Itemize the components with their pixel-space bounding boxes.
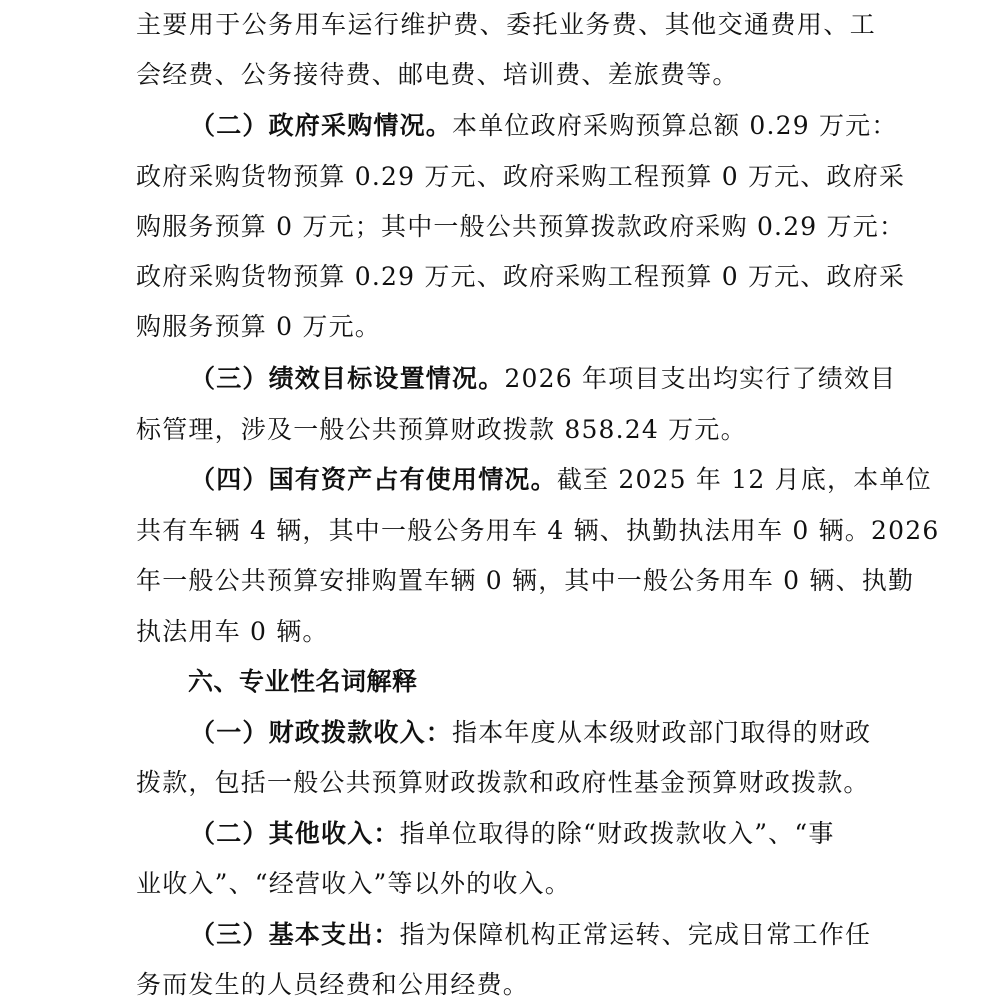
line-text: 会经费、公务接待费、邮电费、培训费、差旅费等。 <box>136 60 739 89</box>
section-procurement: （二）政府采购情况。本单位政府采购预算总额 0.29 万元： <box>136 111 930 141</box>
line-text: 本单位政府采购预算总额 0.29 万元： <box>452 111 898 140</box>
section-assets: （四）国有资产占有使用情况。截至 2025 年 12 月底，本单位 <box>136 465 930 495</box>
line-text: 购服务预算 0 万元；其中一般公共预算拨款政府采购 0.29 万元： <box>136 212 905 241</box>
line-text: 执法用车 0 辆。 <box>136 617 329 646</box>
paragraph-line: 执法用车 0 辆。 <box>136 617 876 647</box>
line-text: 务而发生的人员经费和公用经费。 <box>136 970 529 999</box>
paragraph-line: 拨款，包括一般公共预算财政拨款和政府性基金预算财政拨款。 <box>136 768 876 798</box>
line-text: 截至 2025 年 12 月底，本单位 <box>557 465 932 494</box>
term-label: （二）其他收入： <box>190 819 400 848</box>
line-text: 购服务预算 0 万元。 <box>136 312 381 341</box>
paragraph-line: 标管理，涉及一般公共预算财政拨款 858.24 万元。 <box>136 415 876 445</box>
section-lead: （四）国有资产占有使用情况。 <box>190 465 557 494</box>
line-text: 年一般公共预算安排购置车辆 0 辆，其中一般公务用车 0 辆、执勤 <box>136 566 914 595</box>
term-definition: 指为保障机构正常运转、完成日常工作任 <box>400 920 872 949</box>
line-text: 政府采购货物预算 0.29 万元、政府采购工程预算 0 万元、政府采 <box>136 162 905 191</box>
paragraph-line: 购服务预算 0 万元。 <box>136 312 876 342</box>
paragraph-line: 政府采购货物预算 0.29 万元、政府采购工程预算 0 万元、政府采 <box>136 162 876 192</box>
line-text: 政府采购货物预算 0.29 万元、政府采购工程预算 0 万元、政府采 <box>136 262 905 291</box>
paragraph-line: 共有车辆 4 辆，其中一般公务用车 4 辆、执勤执法用车 0 辆。2026 <box>136 516 876 546</box>
paragraph-line: 务而发生的人员经费和公用经费。 <box>136 970 876 1000</box>
term-definition: 指本年度从本级财政部门取得的财政 <box>452 718 871 747</box>
section-lead: （三）绩效目标设置情况。 <box>190 364 504 393</box>
section-lead: （二）政府采购情况。 <box>190 111 452 140</box>
line-text: 拨款，包括一般公共预算财政拨款和政府性基金预算财政拨款。 <box>136 768 870 797</box>
term-definition: 指单位取得的除“财政拨款收入”、“事 <box>400 819 835 848</box>
paragraph-line: 购服务预算 0 万元；其中一般公共预算拨款政府采购 0.29 万元： <box>136 212 876 242</box>
term-basic-expenditure: （三）基本支出：指为保障机构正常运转、完成日常工作任 <box>136 920 930 950</box>
paragraph-line: 主要用于公务用车运行维护费、委托业务费、其他交通费用、工 <box>136 10 876 40</box>
section-heading-glossary: 六、专业性名词解释 <box>136 667 928 697</box>
line-text: 标管理，涉及一般公共预算财政拨款 858.24 万元。 <box>136 415 747 444</box>
paragraph-line: 业收入”、“经营收入”等以外的收入。 <box>136 869 876 899</box>
paragraph-line: 政府采购货物预算 0.29 万元、政府采购工程预算 0 万元、政府采 <box>136 262 876 292</box>
line-text: 主要用于公务用车运行维护费、委托业务费、其他交通费用、工 <box>136 10 876 39</box>
paragraph-line: 年一般公共预算安排购置车辆 0 辆，其中一般公务用车 0 辆、执勤 <box>136 566 876 596</box>
line-text: 共有车辆 4 辆，其中一般公务用车 4 辆、执勤执法用车 0 辆。2026 <box>136 516 939 545</box>
term-label: （三）基本支出： <box>190 920 400 949</box>
line-text: 业收入”、“经营收入”等以外的收入。 <box>136 869 571 898</box>
line-text: 2026 年项目支出均实行了绩效目 <box>504 364 896 393</box>
paragraph-line: 会经费、公务接待费、邮电费、培训费、差旅费等。 <box>136 60 876 90</box>
term-fiscal-appropriation: （一）财政拨款收入：指本年度从本级财政部门取得的财政 <box>136 718 930 748</box>
term-label: （一）财政拨款收入： <box>190 718 452 747</box>
section-performance: （三）绩效目标设置情况。2026 年项目支出均实行了绩效目 <box>136 364 930 394</box>
term-other-income: （二）其他收入：指单位取得的除“财政拨款收入”、“事 <box>136 819 930 849</box>
